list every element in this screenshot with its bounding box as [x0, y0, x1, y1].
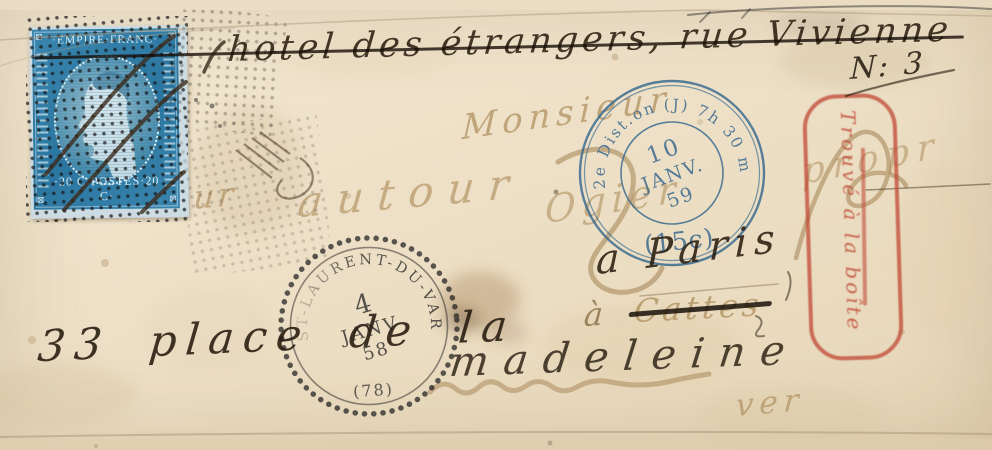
faded-corner-note: ver [735, 382, 806, 424]
number-annotation: N: 3 [850, 45, 926, 87]
bottom-edge-crease [0, 432, 992, 437]
blue-datestamp-day: 10 [643, 133, 685, 169]
city-line: a Paris [596, 215, 782, 284]
ink-specks [194, 98, 222, 128]
faded-addressee-name-2: Ogier [545, 166, 682, 232]
black-datestamp-department: (78) [352, 379, 394, 401]
stamp-corner-ornament: ⊠ [169, 195, 177, 204]
crossed-out-prefix: à [583, 295, 605, 335]
top-edge-strip [0, 0, 992, 10]
faded-salutation: Monsieur [461, 78, 672, 148]
napoleon-profile-portrait [55, 56, 158, 183]
red-handstamp-text: Trouvé à la boîte [836, 110, 867, 333]
stamp-top-inscription: ·EMPIRE·FRANC· [46, 33, 164, 46]
envelope-scan: Monsieur Monsieur autour Ogier propr ver… [0, 0, 992, 450]
red-boxed-handstamp: Trouvé à la boîte [802, 93, 904, 362]
stamp-bottom-inscription: ·20 C·POSTES·20 C· [48, 173, 166, 204]
stamp-left-ornament-band [36, 52, 48, 188]
faded-addressee-name-1: autour [296, 158, 525, 227]
street-line-left: 33 place de la [36, 301, 519, 372]
crossed-out-place: Cattes [632, 285, 764, 330]
stamp-corner-ornament: ⊠ [35, 34, 43, 43]
stamp-portrait-medallion [53, 54, 160, 185]
stamp-right-ornament-band [163, 50, 175, 186]
bottom-edge-strip [0, 439, 992, 450]
stamp-corner-ornament: ⊠ [37, 197, 45, 206]
stamp-corner-ornament: ⊠ [168, 32, 176, 41]
pre-line-pen-mark [204, 42, 224, 72]
